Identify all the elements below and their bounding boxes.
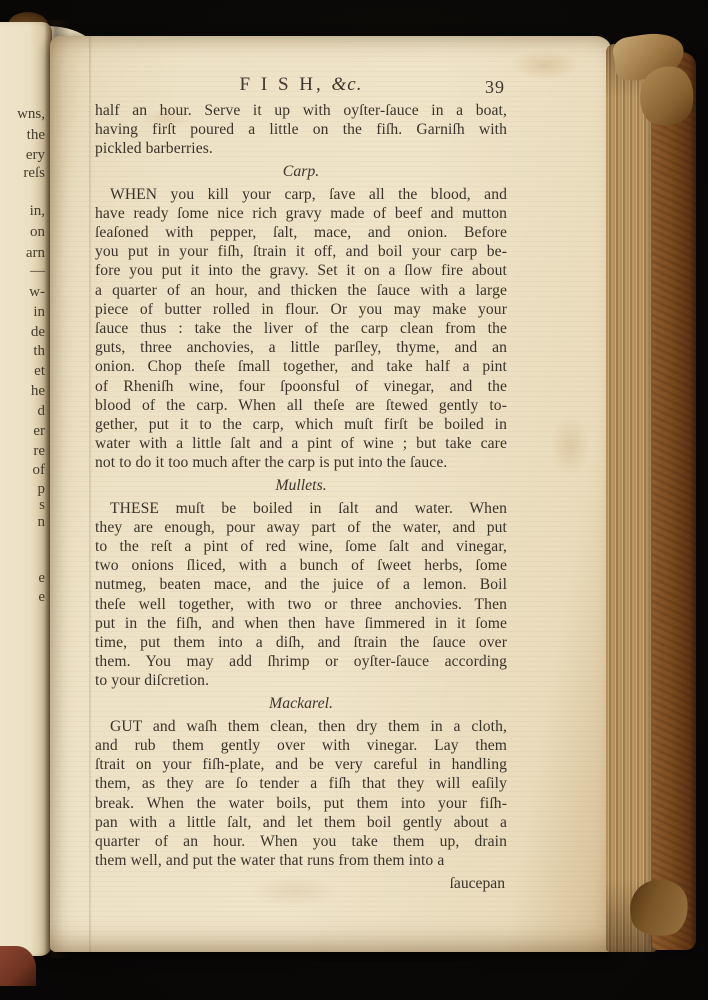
section-heading: Mullets. [95,476,507,495]
page-header: F I S H, &c. 39 [95,74,507,100]
paragraph: WHEN you kill your carp, ſave all the bl… [95,185,507,473]
text-column: F I S H, &c. 39 half an hour. Serve it u… [95,74,507,894]
running-title-etc: &c. [331,74,362,95]
text-line: having firſt poured a little on the fiſh… [95,120,507,139]
text-line: THESE muſt be boiled in ſalt and water. … [95,499,507,518]
text-line: water with a little ſalt and a pint of w… [95,434,507,453]
text-line: two onions ſliced, with a bunch of ſweet… [95,556,507,575]
facing-page-fragment: in, [30,203,45,220]
facing-page-fragment: on [30,224,45,241]
text-line: they are enough, pour away part of the w… [95,518,507,537]
text-line: them, as they are ſo tender a fiſh that … [95,774,507,793]
facing-page-fragment: he [31,383,45,400]
text-line: break. When the water boils, put them in… [95,794,507,813]
text-line: blood of the carp. When all theſe are ſt… [95,396,507,415]
book-photo-scene: wns,theeryreſsin,onarn—w-indethethederre… [0,0,708,1000]
text-line: ſeaſoned with pepper, ſalt, mace, and on… [95,223,507,242]
text-line: gether, put it to the carp, which muſt f… [95,415,507,434]
text-line: not to do it too much after the carp is … [95,453,507,472]
text-line: GUT and waſh them clean, then dry them i… [95,717,507,736]
running-title-caps: F I S H, [240,74,324,95]
page-crease [89,36,92,952]
text-line: and rub them gently over with vinegar. L… [95,736,507,755]
text-line: fore you put it into the gravy. Set it o… [95,261,507,280]
text-line: time, put them into a diſh, and ſtrain t… [95,633,507,652]
facing-page-fragment: the [27,127,45,144]
text-line: you put in your fiſh, ſtrain it off, and… [95,242,507,261]
facing-page-fragment: de [31,324,45,341]
book-page: F I S H, &c. 39 half an hour. Serve it u… [50,36,612,952]
text-line: half an hour. Serve it up with oyſter-ſa… [95,101,507,120]
running-title: F I S H, &c. [95,74,507,96]
text-line: piece of butter rolled in flour. Or you … [95,300,507,319]
foxing-stain [510,50,580,80]
leather-corner-bottom-left [0,946,36,986]
facing-page-fragment: — [30,263,45,280]
text-line: them. You may add ſhrimp or oyſter-ſauce… [95,652,507,671]
page-number: 39 [485,77,505,98]
paragraph: half an hour. Serve it up with oyſter-ſa… [95,101,507,159]
text-line: pan with a little ſalt, and let them boi… [95,813,507,832]
text-line: guts, three anchovies, a little parſley,… [95,338,507,357]
text-line: WHEN you kill your carp, ſave all the bl… [95,185,507,204]
paragraph: GUT and waſh them clean, then dry them i… [95,717,507,871]
section-heading: Carp. [95,162,507,181]
fore-edge-pages [606,44,658,952]
text-line: of Rheniſh wine, four ſpoonsful of vineg… [95,377,507,396]
text-line: them well, and put the water that runs f… [95,851,507,870]
facing-page-fragment: wns, [17,106,45,123]
text-line: to the reſt a pint of red wine, ſome ſal… [95,537,507,556]
catchword: ſaucepan [95,874,507,893]
text-line: ſauce thus : take the liver of the carp … [95,319,507,338]
text-block: half an hour. Serve it up with oyſter-ſa… [95,101,507,894]
section-heading: Mackarel. [95,694,507,713]
text-line: a quarter of an hour, and thicken the ſa… [95,281,507,300]
text-line: put in the fiſh, and when then have ſimm… [95,614,507,633]
text-line: ſtrait on your fiſh-plate, and be very c… [95,755,507,774]
foxing-stain [550,416,590,476]
text-line: onion. Chop theſe ſmall together, and ta… [95,357,507,376]
text-line: theſe well together, with two or three a… [95,595,507,614]
paragraph: THESE muſt be boiled in ſalt and water. … [95,499,507,691]
facing-page-fragment: ery [26,147,45,164]
facing-page-fragment: arn [26,245,45,262]
text-line: have ready ſome nice rich gravy made of … [95,204,507,223]
text-line: pickled barberries. [95,139,507,158]
text-line: nutmeg, beaten mace, and the juice of a … [95,575,507,594]
text-line: to your diſcretion. [95,671,507,690]
text-line: quarter of an hour. When you take them u… [95,832,507,851]
facing-page-fragment: w- [29,284,45,301]
leather-cover-edge [652,52,696,950]
facing-page-fragment: reſs [23,165,45,182]
